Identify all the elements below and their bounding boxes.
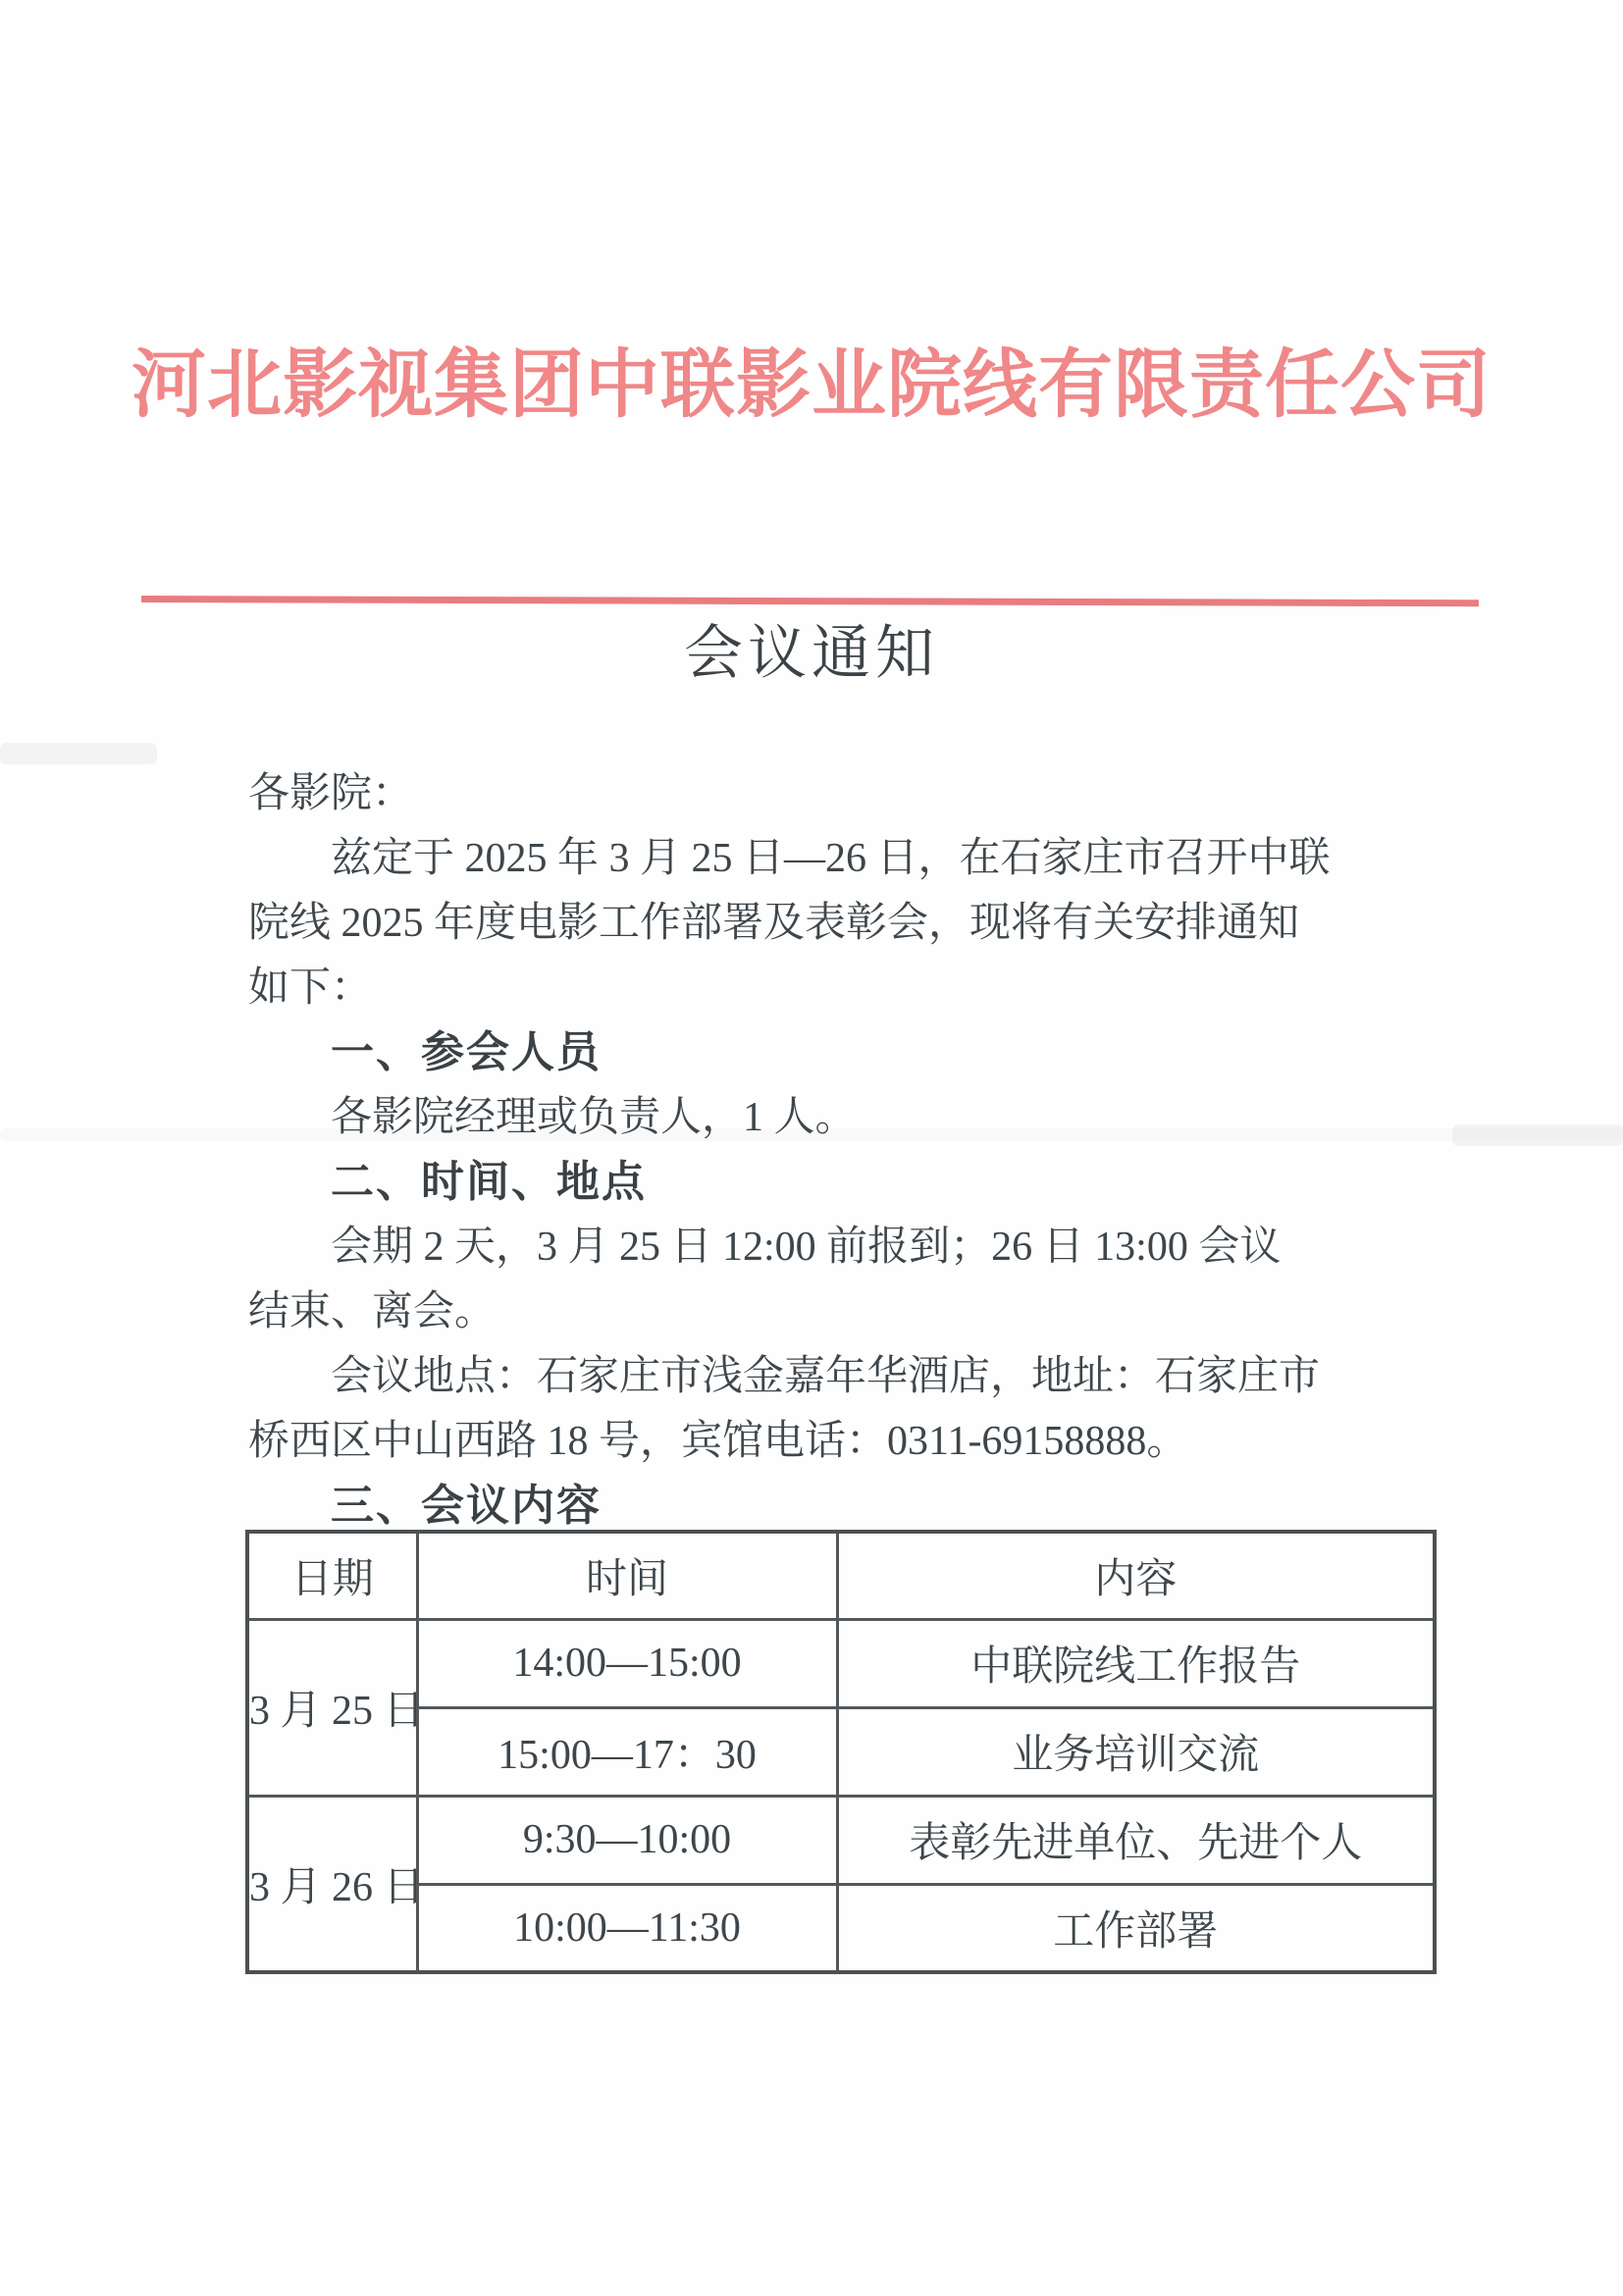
content-cell: 工作部署: [837, 1884, 1435, 1972]
section-1-body: 各影院经理或负责人，1 人。: [248, 1085, 1396, 1150]
date-cell-mar25: 3 月 25 日: [247, 1619, 417, 1796]
intro-line-3: 如下：: [248, 956, 1396, 1020]
table-row: 10:00—11:30 工作部署: [247, 1884, 1435, 1972]
content-cell: 中联院线工作报告: [837, 1619, 1435, 1707]
scan-artifact: [0, 743, 157, 764]
table-row: 3 月 25 日 14:00—15:00 中联院线工作报告: [247, 1619, 1435, 1707]
section-2-line-1: 会期 2 天，3 月 25 日 12:00 前报到；26 日 13:00 会议: [248, 1215, 1396, 1279]
section-2-line-3: 会议地点：石家庄市浅金嘉年华酒店，地址：石家庄市: [248, 1344, 1396, 1409]
meeting-schedule-table: 日期 时间 内容 3 月 25 日 14:00—15:00 中联院线工作报告 1…: [245, 1530, 1437, 1974]
content-cell: 表彰先进单位、先进个人: [837, 1796, 1435, 1884]
scan-artifact: [1452, 1124, 1623, 1146]
section-2-line-2: 结束、离会。: [248, 1279, 1396, 1344]
date-cell-mar26: 3 月 26 日: [247, 1796, 417, 1972]
column-header-time: 时间: [417, 1532, 837, 1619]
schedule-table-container: 日期 时间 内容 3 月 25 日 14:00—15:00 中联院线工作报告 1…: [245, 1530, 1437, 1974]
section-1-heading: 一、参会人员: [248, 1020, 1396, 1085]
document-body: 各影院： 兹定于 2025 年 3 月 25 日—26 日，在石家庄市召开中联 …: [248, 761, 1396, 1539]
time-cell: 14:00—15:00: [417, 1619, 837, 1707]
section-2-heading: 二、时间、地点: [248, 1150, 1396, 1215]
content-cell: 业务培训交流: [837, 1707, 1435, 1796]
table-row: 3 月 26 日 9:30—10:00 表彰先进单位、先进个人: [247, 1796, 1435, 1884]
salutation: 各影院：: [248, 761, 1396, 826]
intro-line-2: 院线 2025 年度电影工作部署及表彰会，现将有关安排通知: [248, 891, 1396, 956]
column-header-content: 内容: [837, 1532, 1435, 1619]
table-row: 15:00—17：30 业务培训交流: [247, 1707, 1435, 1796]
letterhead-company-title: 河北影视集团中联影业院线有限责任公司: [0, 339, 1623, 433]
time-cell: 10:00—11:30: [417, 1884, 837, 1972]
document-title: 会议通知: [0, 606, 1623, 691]
time-cell: 9:30—10:00: [417, 1796, 837, 1884]
intro-line-1: 兹定于 2025 年 3 月 25 日—26 日，在石家庄市召开中联: [248, 826, 1396, 891]
time-cell: 15:00—17：30: [417, 1707, 837, 1796]
letterhead-rule: [141, 596, 1479, 606]
scanned-meeting-notice-page: 河北影视集团中联影业院线有限责任公司 会议通知 各影院： 兹定于 2025 年 …: [0, 0, 1623, 2296]
section-2-line-4: 桥西区中山西路 18 号，宾馆电话：0311-69158888。: [248, 1409, 1396, 1474]
table-header-row: 日期 时间 内容: [247, 1532, 1435, 1619]
column-header-date: 日期: [247, 1532, 417, 1619]
